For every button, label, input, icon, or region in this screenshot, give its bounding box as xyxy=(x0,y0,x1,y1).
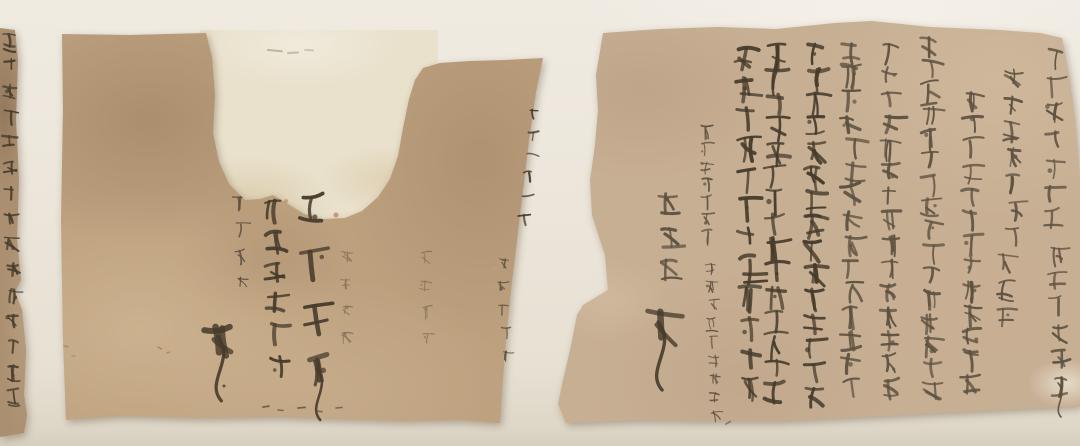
right-fragment-paper xyxy=(0,0,1080,446)
right-fragment-wrapper xyxy=(0,0,1080,446)
manuscript-photo xyxy=(0,0,1080,446)
